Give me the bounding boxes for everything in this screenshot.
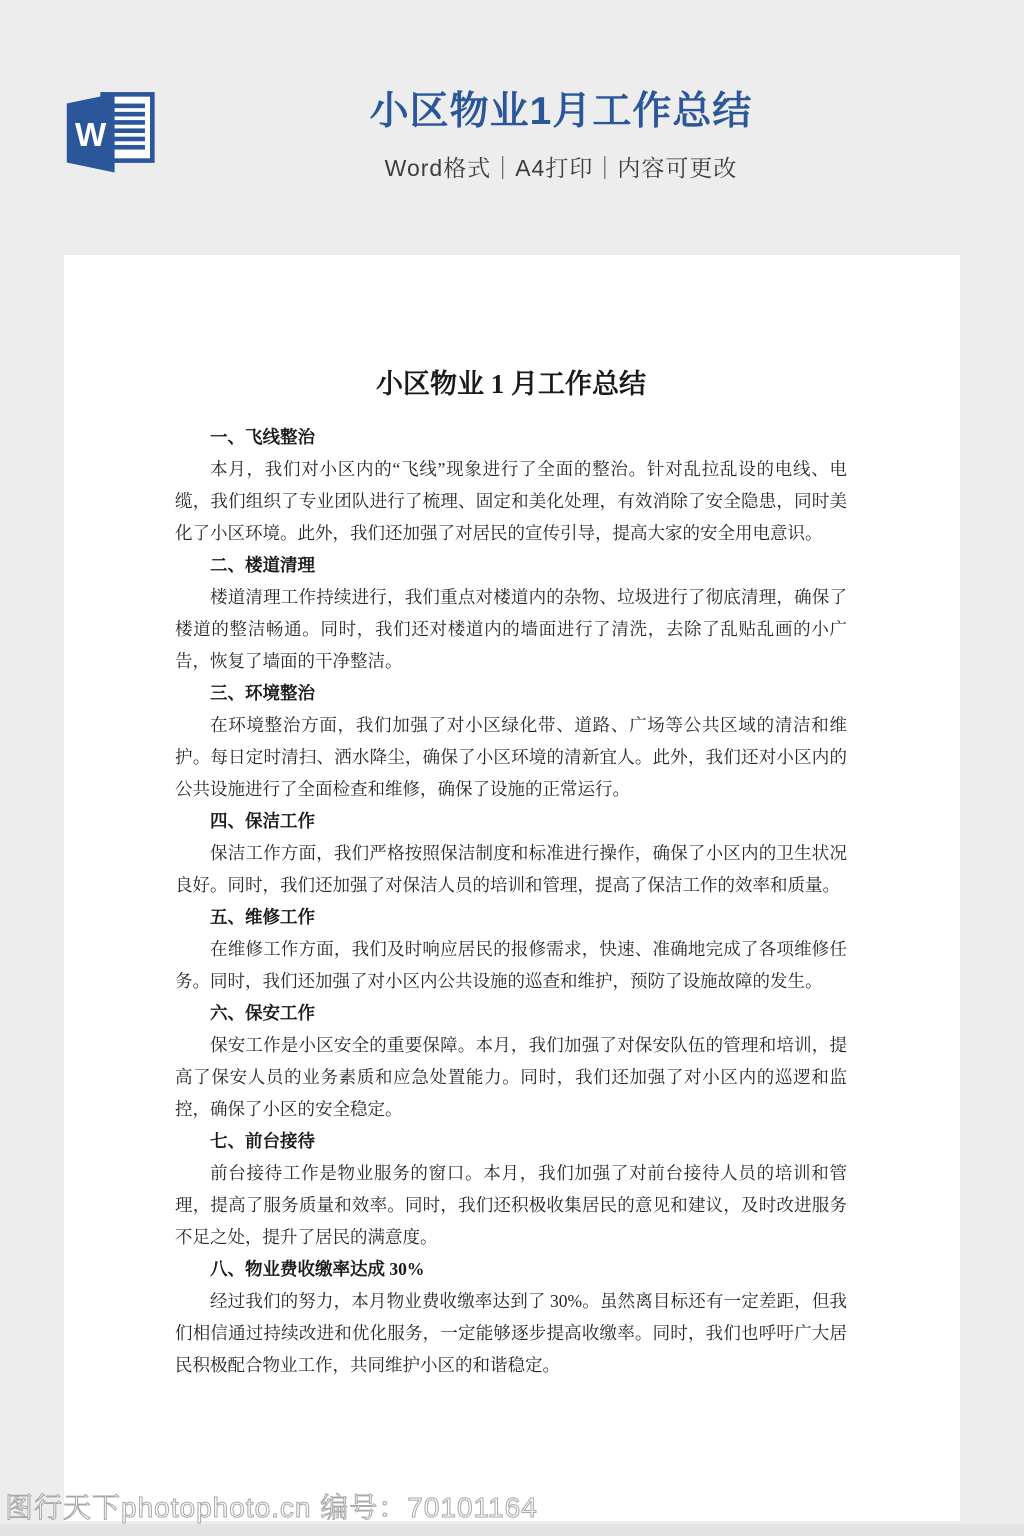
section-body: 保安工作是小区安全的重要保障。本月，我们加强了对保安队伍的管理和培训，提高了保安…: [175, 1029, 847, 1125]
section-heading: 五、维修工作: [175, 901, 847, 933]
section-body: 本月，我们对小区内的“飞线”现象进行了全面的整治。针对乱拉乱设的电线、电缆，我们…: [175, 453, 847, 549]
bottom-strip: [0, 1524, 1024, 1536]
header-text-block: 小区物业1月工作总结 Word格式｜A4打印｜内容可更改: [0, 88, 1024, 183]
section-heading: 一、飞线整治: [175, 421, 847, 453]
preview-header: W 小区物业1月工作总结 Word格式｜A4打印｜内容可更改: [0, 0, 1024, 255]
template-title: 小区物业1月工作总结: [98, 88, 1024, 136]
section-8: 八、物业费收缴率达成 30% 经过我们的努力，本月物业费收缴率达到了 30%。虽…: [175, 1253, 847, 1381]
section-heading: 四、保洁工作: [175, 805, 847, 837]
section-7: 七、前台接待 前台接待工作是物业服务的窗口。本月，我们加强了对前台接待人员的培训…: [175, 1125, 847, 1253]
document-title: 小区物业 1 月工作总结: [175, 365, 847, 403]
section-body: 在环境整治方面，我们加强了对小区绿化带、道路、广场等公共区域的清洁和维护。每日定…: [175, 709, 847, 805]
section-heading: 三、环境整治: [175, 677, 847, 709]
section-heading: 二、楼道清理: [175, 549, 847, 581]
template-subtitle: Word格式｜A4打印｜内容可更改: [98, 150, 1024, 183]
section-body: 在维修工作方面，我们及时响应居民的报修需求，快速、准确地完成了各项维修任务。同时…: [175, 933, 847, 997]
section-heading: 六、保安工作: [175, 997, 847, 1029]
section-3: 三、环境整治 在环境整治方面，我们加强了对小区绿化带、道路、广场等公共区域的清洁…: [175, 677, 847, 805]
section-body: 保洁工作方面，我们严格按照保洁制度和标准进行操作，确保了小区内的卫生状况良好。同…: [175, 837, 847, 901]
section-body: 经过我们的努力，本月物业费收缴率达到了 30%。虽然离目标还有一定差距，但我们相…: [175, 1285, 847, 1381]
section-body: 前台接待工作是物业服务的窗口。本月，我们加强了对前台接待人员的培训和管理，提高了…: [175, 1157, 847, 1253]
section-6: 六、保安工作 保安工作是小区安全的重要保障。本月，我们加强了对保安队伍的管理和培…: [175, 997, 847, 1125]
document-page: 小区物业 1 月工作总结 一、飞线整治 本月，我们对小区内的“飞线”现象进行了全…: [64, 255, 960, 1521]
section-body: 楼道清理工作持续进行，我们重点对楼道内的杂物、垃圾进行了彻底清理，确保了楼道的整…: [175, 581, 847, 677]
section-heading: 七、前台接待: [175, 1125, 847, 1157]
section-1: 一、飞线整治 本月，我们对小区内的“飞线”现象进行了全面的整治。针对乱拉乱设的电…: [175, 421, 847, 549]
site-watermark: 图行天下photophoto.cn 编号：70101164: [5, 1486, 538, 1526]
section-4: 四、保洁工作 保洁工作方面，我们严格按照保洁制度和标准进行操作，确保了小区内的卫…: [175, 805, 847, 901]
section-2: 二、楼道清理 楼道清理工作持续进行，我们重点对楼道内的杂物、垃圾进行了彻底清理，…: [175, 549, 847, 677]
section-heading: 八、物业费收缴率达成 30%: [175, 1253, 847, 1285]
template-preview-page: W 小区物业1月工作总结 Word格式｜A4打印｜内容可更改 小区物业 1 月工…: [0, 0, 1024, 1536]
section-5: 五、维修工作 在维修工作方面，我们及时响应居民的报修需求，快速、准确地完成了各项…: [175, 901, 847, 997]
